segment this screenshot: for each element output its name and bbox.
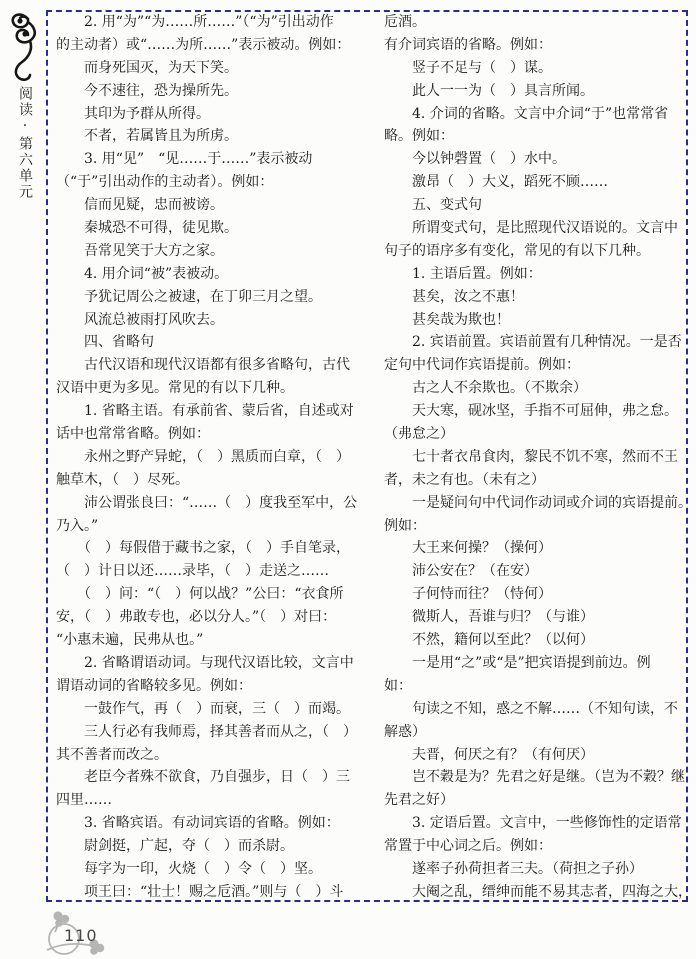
page-number-block: 110 xyxy=(42,908,112,958)
text-line: 四里…… xyxy=(56,789,380,812)
text-line: 大王来何操？（操何） xyxy=(384,537,688,560)
text-line: （ ）计日以还……录毕，（ ）走送之…… xyxy=(56,560,380,583)
sidebar-chapter-label: 阅读·第六单元 xyxy=(15,86,35,200)
text-line: 其不善者而改之。 xyxy=(56,744,380,767)
text-line: 2. 用“为”“为……所……”（“为”引出动作 xyxy=(56,11,380,34)
text-line: 句子的语序多有变化，常见的有以下几种。 xyxy=(384,240,688,263)
text-line: 风流总被雨打风吹去。 xyxy=(56,309,380,332)
text-line: 汉语中更为多见。常见的有以下几种。 xyxy=(56,377,380,400)
text-line: 3. 省略宾语。有动词宾语的省略。例如： xyxy=(56,812,380,835)
text-line: 所谓变式句，是比照现代汉语说的。文言中 xyxy=(384,217,688,240)
text-line: 2. 省略谓语动词。与现代汉语比较，文言中 xyxy=(56,652,380,675)
text-line: 先君之好） xyxy=(384,789,688,812)
text-line: 激昂（ ）大义，蹈死不顾…… xyxy=(384,171,688,194)
text-line: 略。例如： xyxy=(384,125,688,148)
text-line: 卮酒。 xyxy=(384,11,688,34)
text-line: 七十者衣帛食肉，黎民不饥不寒，然而不王 xyxy=(384,446,688,469)
text-line: 而身死国灭，为天下笑。 xyxy=(56,57,380,80)
text-line: （ ）每假借于藏书之家，（ ）手自笔录， xyxy=(56,537,380,560)
text-line: 项王曰：“壮士！赐之卮酒。”则与（ ）斗 xyxy=(56,881,380,904)
text-line: 每字为一印，火烧（ ）令（ ）坚。 xyxy=(56,858,380,881)
page-number: 110 xyxy=(64,926,98,945)
text-line: 触草木，（ ）尽死。 xyxy=(56,469,380,492)
text-line: 句读之不知，惑之不解……（不知句读，不 xyxy=(384,698,688,721)
text-line: 不者，若属皆且为所虏。 xyxy=(56,125,380,148)
text-line: 的主动者）或“……为所……”表示被动。例如： xyxy=(56,34,380,57)
text-line: 竖子不足与（ ）谋。 xyxy=(384,57,688,80)
text-line: 一鼓作气，再（ ）而衰，三（ ）而竭。 xyxy=(56,698,380,721)
text-line: 甚矣，汝之不惠！ xyxy=(384,286,688,309)
text-line: 者，未之有也。（未有之） xyxy=(384,469,688,492)
text-line: 1. 省略主语。有承前省、蒙后省，自述或对 xyxy=(56,400,380,423)
text-line: 秦城恐不可得，徒见欺。 xyxy=(56,217,380,240)
text-line: “小惠未遍，民弗从也。” xyxy=(56,629,380,652)
text-column-left: 2. 用“为”“为……所……”（“为”引出动作的主动者）或“……为所……”表示被… xyxy=(56,11,380,904)
text-line: 岂不穀是为？先君之好是继。（岂为不穀？继 xyxy=(384,766,688,789)
text-line: 尉剑挺，广起，夺（ ）而杀尉。 xyxy=(56,835,380,858)
text-line: 今不速往，恐为操所先。 xyxy=(56,80,380,103)
text-line: 例如： xyxy=(384,515,688,538)
text-line: 予犹记周公之被逮，在丁卯三月之望。 xyxy=(56,286,380,309)
text-line: （弗怠之） xyxy=(384,423,688,446)
text-line: 今以钟磬置（ ）水中。 xyxy=(384,148,688,171)
text-line: 定句中代词作宾语提前。例如： xyxy=(384,354,688,377)
text-line: 大阉之乱，缙绅而能不易其志者，四海之大， xyxy=(384,881,688,904)
text-line: 安，（ ）弗敢专也，必以分人。”（ ）对曰： xyxy=(56,606,380,629)
flourish-ornament-icon xyxy=(8,12,40,86)
text-line: 一是疑问句中代词作动词或介词的宾语提前。 xyxy=(384,492,688,515)
text-line: 信而见疑，忠而被谤。 xyxy=(56,194,380,217)
text-line: 一是用“之”或“是”把宾语提到前边。例 xyxy=(384,652,688,675)
text-line: 微斯人，吾谁与归？（与谁） xyxy=(384,606,688,629)
text-line: 4. 介词的省略。文言中介词“于”也常常省 xyxy=(384,103,688,126)
text-line: 其印为予群从所得。 xyxy=(56,103,380,126)
text-line: 谓语动词的省略较多见。例如： xyxy=(56,675,380,698)
text-line: （ ）问：“（ ）何以战？”公曰：“衣食所 xyxy=(56,583,380,606)
text-line: 2. 宾语前置。宾语前置有几种情况。一是否 xyxy=(384,331,688,354)
text-line: 话中也常常省略。例如： xyxy=(56,423,380,446)
text-line: 此人一一为（ ）具言所闻。 xyxy=(384,80,688,103)
text-line: 古代汉语和现代汉语都有很多省略句，古代 xyxy=(56,354,380,377)
text-line: 古之人不余欺也。（不欺余） xyxy=(384,377,688,400)
text-line: 4. 用介词“被”表被动。 xyxy=(56,263,380,286)
text-line: 天大寒，砚冰坚，手指不可屈伸，弗之怠。 xyxy=(384,400,688,423)
text-line: 甚矣哉为欺也！ xyxy=(384,309,688,332)
text-line: 五、变式句 xyxy=(384,194,688,217)
text-line: 3. 定语后置。文言中，一些修饰性的定语常 xyxy=(384,812,688,835)
text-line: 三人行必有我师焉，择其善者而从之，（ ） xyxy=(56,721,380,744)
text-line: 子何恃而往？（恃何） xyxy=(384,583,688,606)
text-line: 常置于中心词之后。例如： xyxy=(384,835,688,858)
text-line: 沛公安在？（在安） xyxy=(384,560,688,583)
text-line: 永州之野产异蛇，（ ）黑质而白章，（ ） xyxy=(56,446,380,469)
text-line: 沛公谓张良曰：“……（ ）度我至军中，公 xyxy=(56,492,380,515)
text-line: 四、省略句 xyxy=(56,331,380,354)
text-line: 吾常见笑于大方之家。 xyxy=(56,240,380,263)
text-line: 遂率子孙荷担者三夫。（荷担之子孙） xyxy=(384,858,688,881)
text-line: 1. 主语后置。例如： xyxy=(384,263,688,286)
text-line: （“于”引出动作的主动者）。例如： xyxy=(56,171,380,194)
text-line: 解惑） xyxy=(384,721,688,744)
text-line: 有介词宾语的省略。例如： xyxy=(384,34,688,57)
text-line: 3. 用“见” “见……于……”表示被动 xyxy=(56,148,380,171)
text-line: 不然，籍何以至此？（以何） xyxy=(384,629,688,652)
book-page: { "page": { "number": "110", "sidebar_la… xyxy=(0,0,696,959)
text-line: 乃入。” xyxy=(56,515,380,538)
text-line: 如： xyxy=(384,675,688,698)
text-line: 夫晋，何厌之有？（有何厌） xyxy=(384,744,688,767)
text-line: 老臣今者殊不欲食，乃自强步，日（ ）三 xyxy=(56,766,380,789)
text-column-right: 卮酒。有介词宾语的省略。例如： 竖子不足与（ ）谋。 此人一一为（ ）具言所闻。… xyxy=(384,11,688,904)
